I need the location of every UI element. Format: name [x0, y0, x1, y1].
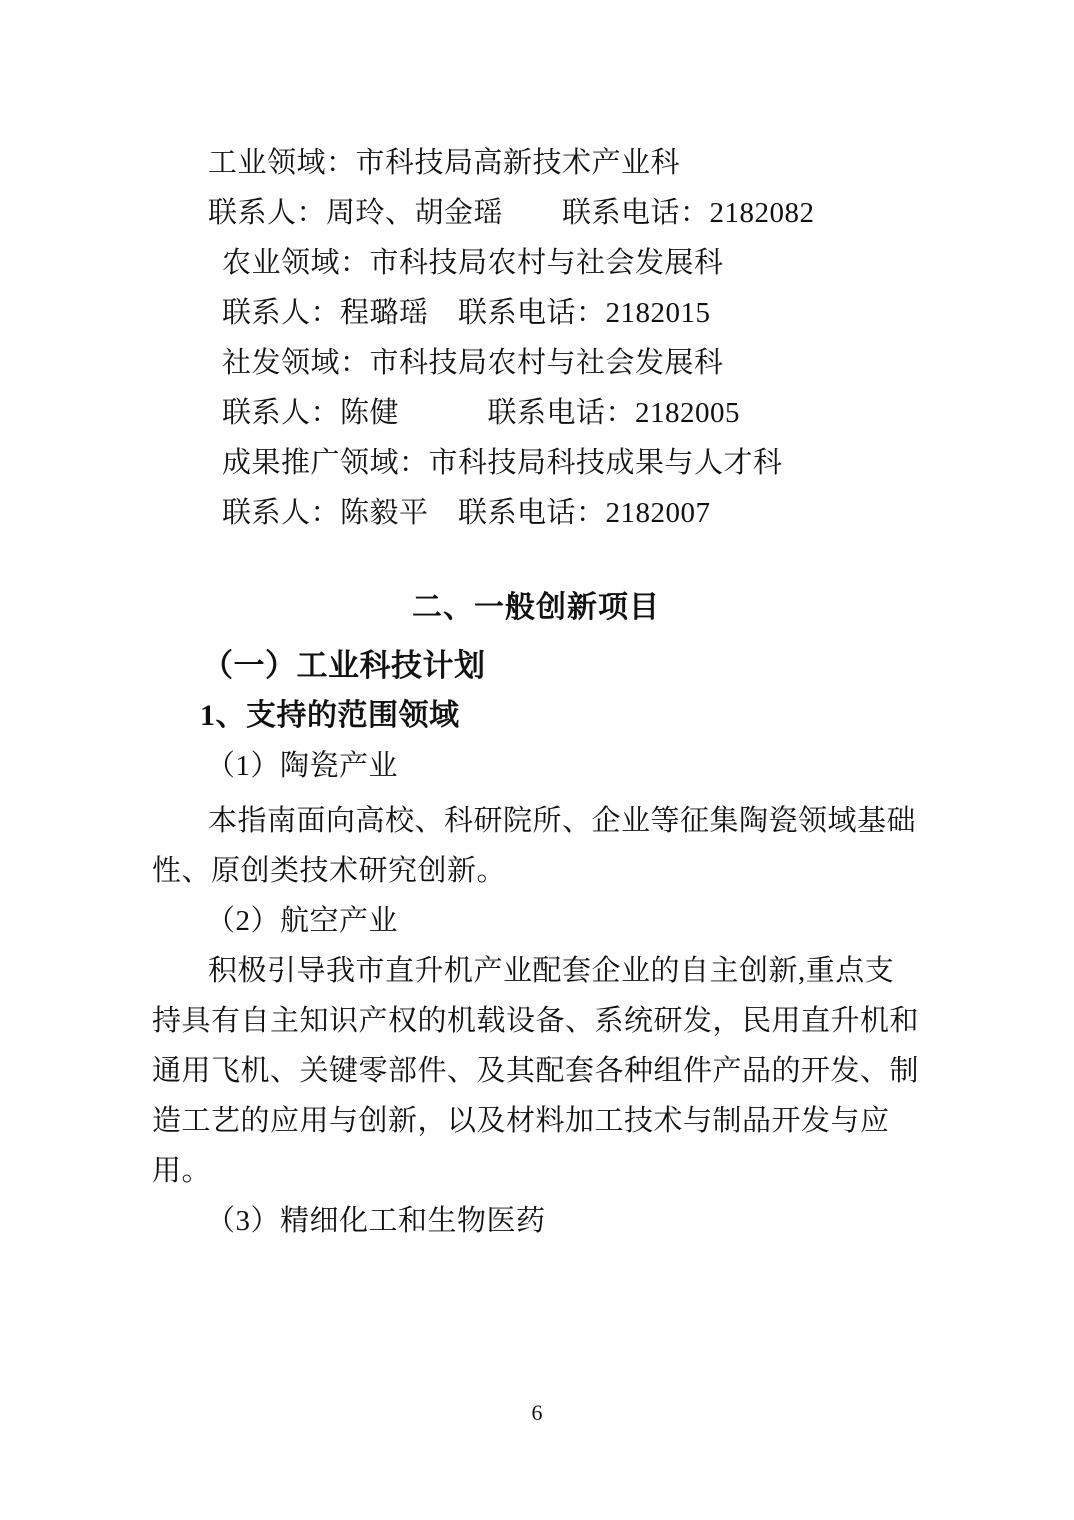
contact-line-agriculture-person: 联系人：程璐瑶 联系电话：2182015	[152, 288, 920, 338]
list-item-title: 1、支持的范围领域	[152, 691, 920, 741]
body-line: 性、原创类技术研究创新。	[152, 846, 920, 896]
body-line: 积极引导我市直升机产业配套企业的自主创新,重点支	[152, 946, 920, 996]
contact-line-achievement-person: 联系人：陈毅平 联系电话：2182007	[152, 488, 920, 538]
page-number: 6	[0, 1398, 1074, 1428]
area-label-aviation: （2）航空产业	[152, 896, 920, 946]
contact-line-social-field: 社发领域：市科技局农村与社会发展科	[152, 338, 920, 388]
contact-line-achievement-field: 成果推广领域：市科技局科技成果与人才科	[152, 438, 920, 488]
contact-line-industry-field: 工业领域：市科技局高新技术产业科	[152, 138, 920, 188]
body-line: 造工艺的应用与创新，以及材料加工技术与制品开发与应	[152, 1096, 920, 1146]
body-line: 通用飞机、关键零部件、及其配套各种组件产品的开发、制	[152, 1046, 920, 1096]
section-title: 二、一般创新项目	[152, 583, 920, 633]
contact-line-social-person: 联系人：陈健 联系电话：2182005	[152, 388, 920, 438]
body-line: 持具有自主知识产权的机载设备、系统研发，民用直升机和	[152, 996, 920, 1046]
body-line: 本指南面向高校、科研院所、企业等征集陶瓷领域基础	[152, 796, 920, 846]
document-content: 工业领域：市科技局高新技术产业科 联系人：周玲、胡金瑶 联系电话：2182082…	[152, 138, 920, 1246]
area-label-chemicals-biomed: （3）精细化工和生物医药	[152, 1196, 920, 1246]
body-line: 用。	[152, 1146, 920, 1196]
contact-line-agriculture-field: 农业领域：市科技局农村与社会发展科	[152, 238, 920, 288]
document-page: 工业领域：市科技局高新技术产业科 联系人：周玲、胡金瑶 联系电话：2182082…	[0, 0, 1074, 1520]
area-label-ceramics: （1）陶瓷产业	[152, 741, 920, 791]
subsection-title: （一）工业科技计划	[152, 641, 920, 691]
contact-line-industry-person: 联系人：周玲、胡金瑶 联系电话：2182082	[152, 188, 920, 238]
